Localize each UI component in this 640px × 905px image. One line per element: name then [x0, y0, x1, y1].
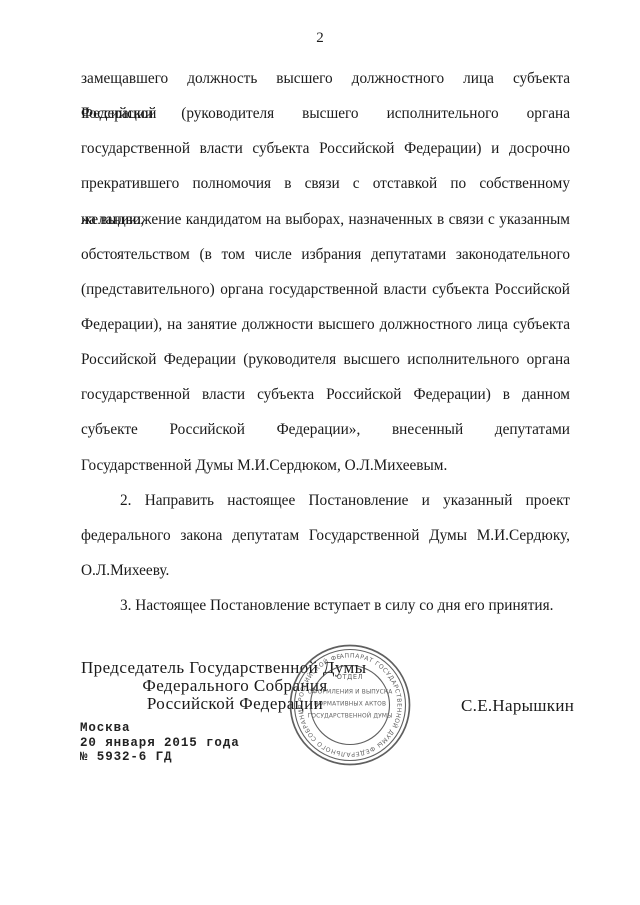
- text-line: государственной власти субъекта Российск…: [81, 131, 570, 166]
- text-line-paragraph-2-start: 2. Направить настоящее Постановление и у…: [81, 483, 570, 518]
- issuance-block: Москва 20 января 2015 года № 5932-6 ГД: [80, 721, 240, 765]
- text-line: Российской Федерации (руководителя высше…: [81, 342, 570, 377]
- text-line: федерального закона депутатам Государств…: [81, 518, 570, 553]
- signatory-name: С.Е.Нарышкин: [461, 696, 574, 716]
- stamp-center-line: ГОСУДАРСТВЕННОЙ ДУМЫ: [308, 713, 393, 720]
- text-line: О.Л.Михееву.: [81, 553, 570, 588]
- document-number: № 5932-6 ГД: [80, 750, 240, 765]
- stamp-center-line: ОФОРМЛЕНИЯ И ВЫПУСКА: [308, 690, 393, 696]
- issuance-city: Москва: [80, 721, 240, 736]
- round-stamp: АППАРАТ ГОСУДАРСТВЕННОЙ ДУМЫ ФЕДЕРАЛЬНОГ…: [287, 642, 413, 768]
- page-number: 2: [0, 30, 640, 47]
- text-line: (представительного) органа государственн…: [81, 272, 570, 307]
- text-line: Федерации), на занятие должности высшего…: [81, 307, 570, 342]
- scanned-document-page: { "page_number": "2", "doc": { "lines": …: [0, 0, 640, 905]
- stamp-center-line: НОРМАТИВНЫХ АКТОВ: [314, 702, 386, 708]
- text-line: обстоятельством (в том числе избрания де…: [81, 237, 570, 272]
- document-body: замещавшего должность высшего должностно…: [81, 61, 570, 623]
- stamp-center-line: ОТДЕЛ: [337, 673, 364, 681]
- issuance-date: 20 января 2015 года: [80, 736, 240, 751]
- text-line: замещавшего должность высшего должностно…: [81, 61, 570, 96]
- text-line-paragraph-3: 3. Настоящее Постановление вступает в си…: [81, 588, 570, 623]
- text-line: Государственной Думы М.И.Сердюком, О.Л.М…: [81, 448, 570, 483]
- text-line: субъекте Российской Федерации», внесенны…: [81, 412, 570, 447]
- text-line: на выдвижение кандидатом на выборах, наз…: [81, 202, 570, 237]
- text-line: прекратившего полномочия в связи с отста…: [81, 166, 570, 201]
- text-line: Федерации (руководителя высшего исполнит…: [81, 96, 570, 131]
- text-line: государственной власти субъекта Российск…: [81, 377, 570, 412]
